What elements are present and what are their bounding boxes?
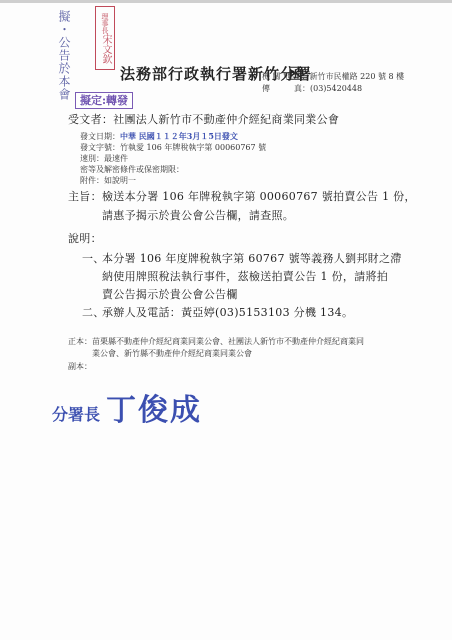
subject-line-2: 請惠予揭示於貴公會公告欄，請查照。 <box>102 207 294 223</box>
document-number-value: 竹執愛 106 年牌稅執字第 00060767 號 <box>120 143 266 152</box>
fax-label: 傳 真： <box>262 84 310 93</box>
original-recipients-line-2: 業公會、新竹縣不動產仲介經紀商業同業公會 <box>92 348 252 359</box>
explanation-label: 說明： <box>68 230 102 246</box>
attachment-label: 附件： <box>80 176 104 185</box>
recipient-value: 社團法人新竹市不動產仲介經紀商業同業公會 <box>113 113 339 126</box>
issue-date-line: 發文日期：中華 民國１１２年3月１5日發文 <box>80 131 238 142</box>
security-label: 密等及解密條件或保密期限： <box>80 165 184 174</box>
speed-line: 速別：最速件 <box>80 153 128 164</box>
security-line: 密等及解密條件或保密期限： <box>80 164 184 175</box>
original-label: 正本： <box>68 337 92 346</box>
recipient-line: 受文者：社團法人新竹市不動產仲介經紀商業同業公會 <box>68 111 339 127</box>
signature-block: 分署長丁俊成 <box>52 385 202 429</box>
issue-date-label: 發文日期： <box>80 132 120 141</box>
document-number-line: 發文字號：竹執愛 106 年牌稅執字第 00060767 號 <box>80 142 266 153</box>
signature-role: 分署長 <box>52 405 100 424</box>
subject-line-1: 檢送本分署 106 年牌稅執字第 00060767 號拍賣公告 1 份， <box>102 188 416 204</box>
explanation-item-1-line-3: 賣公告揭示於貴公會公告欄 <box>102 286 238 302</box>
recipient-label: 受文者： <box>68 113 113 126</box>
chairman-seal-stamp: 理事長宋文欽 <box>95 6 115 70</box>
action-stamp: 擬定:轉發 <box>75 92 133 109</box>
fax-line: 傳 真：(03)5420448 <box>262 83 362 94</box>
stamp-name: 宋文欽 <box>100 34 111 64</box>
explanation-item-2-line-1: 承辦人及電話：黃亞婷(03)5153103 分機 134。 <box>102 304 353 320</box>
explanation-item-1-line-2: 納使用牌照稅法執行事件，茲檢送拍賣公告 1 份，請將拍 <box>102 268 388 284</box>
address-value: 新竹市民權路 220 號 8 樓 <box>310 72 405 81</box>
attachment-value: 如說明一 <box>104 176 136 185</box>
speed-value: 最速件 <box>104 154 128 163</box>
explanation-item-1-line-1: 本分署 106 年度牌稅執字第 60767 號等義務人劉邦財之滯 <box>102 250 402 266</box>
stamp-title: 理事長 <box>101 13 109 34</box>
scan-edge <box>0 0 452 3</box>
subject-label: 主旨： <box>68 188 102 204</box>
original-recipients-line-1: 正本：苗栗縣不動產仲介經紀商業同業公會、社團法人新竹市不動產仲介經紀商業同 <box>68 336 364 347</box>
copy-recipients-line: 副本： <box>68 361 92 372</box>
signature-name: 丁俊成 <box>106 393 202 428</box>
issue-date-stamp: 中華 民國１１２年3月１5日發文 <box>120 131 238 141</box>
attachment-line: 附件：如說明一 <box>80 175 136 186</box>
address-line: 機 關 地 址：新竹市民權路 220 號 8 樓 <box>262 71 404 82</box>
speed-label: 速別： <box>80 154 104 163</box>
document-number-label: 發文字號： <box>80 143 120 152</box>
fax-value: (03)5420448 <box>310 84 362 93</box>
address-label: 機 關 地 址： <box>262 72 310 81</box>
original-recipients-value: 苗栗縣不動產仲介經紀商業同業公會、社團法人新竹市不動產仲介經紀商業同 <box>92 337 364 346</box>
margin-annotation: 擬・公告於本會 <box>57 10 71 101</box>
